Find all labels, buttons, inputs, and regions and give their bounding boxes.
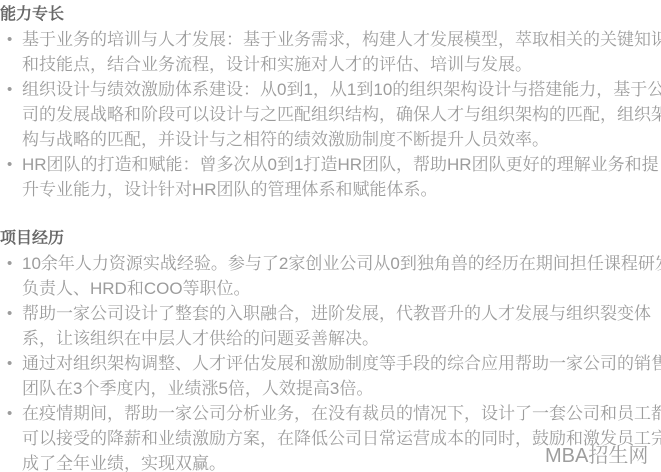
bullet-item: • 通过对组织架构调整、人才评估发展和激励制度等手段的综合应用帮助一家公司的销售…	[0, 351, 661, 401]
bullet-text: 通过对组织架构调整、人才评估发展和激励制度等手段的综合应用帮助一家公司的销售 团…	[22, 351, 661, 401]
text-line: 升专业能力，设计针对HR团队的管理体系和赋能体系。	[22, 177, 661, 202]
text-line: 在疫情期间，帮助一家公司分析业务，在没有裁员的情况下，设计了一套公司和员工都	[22, 401, 661, 426]
bullet-dot-icon: •	[0, 152, 22, 177]
bullet-text: 帮助一家公司设计了整套的入职融合，进阶发展，代教晋升的人才发展与组织裂变体 系，…	[22, 301, 661, 351]
section-heading: 能力专长	[0, 2, 661, 27]
text-line: 和技能点，结合业务流程，设计和实施对人才的评估、培训与发展。	[22, 52, 661, 77]
bullet-dot-icon: •	[0, 77, 22, 102]
bullet-dot-icon: •	[0, 351, 22, 376]
text-line: HR团队的打造和赋能：曾多次从0到1打造HR团队，帮助HR团队更好的理解业务和提	[22, 152, 661, 177]
bullet-dot-icon: •	[0, 251, 22, 276]
resume-document-page: 能力专长 • 基于业务的培训与人才发展：基于业务需求，构建人才发展模型，萃取相关…	[0, 0, 661, 472]
text-line: 司的发展战略和阶段可以设计与之匹配组织结构，确保人才与组织架构的匹配，组织架	[22, 102, 661, 127]
text-line: 系，让该组织在中层人才供给的问题妥善解决。	[22, 326, 661, 351]
text-line: 组织设计与绩效激励体系建设：从0到1，从1到10的组织架构设计与搭建能力，基于公	[22, 77, 661, 102]
bullet-dot-icon: •	[0, 27, 22, 52]
text-line: 帮助一家公司设计了整套的入职融合，进阶发展，代教晋升的人才发展与组织裂变体	[22, 301, 661, 326]
section-heading: 项目经历	[0, 226, 661, 251]
bullet-text: 组织设计与绩效激励体系建设：从0到1，从1到10的组织架构设计与搭建能力，基于公…	[22, 77, 661, 152]
section-project-experience: 项目经历 • 10余年人力资源实战经验。参与了2家创业公司从0到独角兽的经历在期…	[0, 226, 661, 472]
bullet-dot-icon: •	[0, 401, 22, 426]
watermark: MBA招生网	[545, 444, 648, 468]
bullet-item: • 组织设计与绩效激励体系建设：从0到1，从1到10的组织架构设计与搭建能力，基…	[0, 77, 661, 152]
bullet-item: • HR团队的打造和赋能：曾多次从0到1打造HR团队，帮助HR团队更好的理解业务…	[0, 152, 661, 202]
text-line: 基于业务的培训与人才发展：基于业务需求，构建人才发展模型，萃取相关的关键知识	[22, 27, 661, 52]
bullet-text: 基于业务的培训与人才发展：基于业务需求，构建人才发展模型，萃取相关的关键知识 和…	[22, 27, 661, 77]
text-line: 团队在3个季度内，业绩涨5倍，人效提高3倍。	[22, 376, 661, 401]
bullet-item: • 基于业务的培训与人才发展：基于业务需求，构建人才发展模型，萃取相关的关键知识…	[0, 27, 661, 77]
bullet-item: • 10余年人力资源实战经验。参与了2家创业公司从0到独角兽的经历在期间担任课程…	[0, 251, 661, 301]
bullet-item: • 帮助一家公司设计了整套的入职融合，进阶发展，代教晋升的人才发展与组织裂变体 …	[0, 301, 661, 351]
bullet-text: HR团队的打造和赋能：曾多次从0到1打造HR团队，帮助HR团队更好的理解业务和提…	[22, 152, 661, 202]
text-line: 负责人、HRD和COO等职位。	[22, 276, 661, 301]
text-line: 10余年人力资源实战经验。参与了2家创业公司从0到独角兽的经历在期间担任课程研发	[22, 251, 661, 276]
text-line: 构与战略的匹配，并设计与之相符的绩效激励制度不断提升人员效率。	[22, 127, 661, 152]
text-line: 通过对组织架构调整、人才评估发展和激励制度等手段的综合应用帮助一家公司的销售	[22, 351, 661, 376]
bullet-dot-icon: •	[0, 301, 22, 326]
bullet-text: 10余年人力资源实战经验。参与了2家创业公司从0到独角兽的经历在期间担任课程研发…	[22, 251, 661, 301]
section-ability-specialties: 能力专长 • 基于业务的培训与人才发展：基于业务需求，构建人才发展模型，萃取相关…	[0, 2, 661, 202]
